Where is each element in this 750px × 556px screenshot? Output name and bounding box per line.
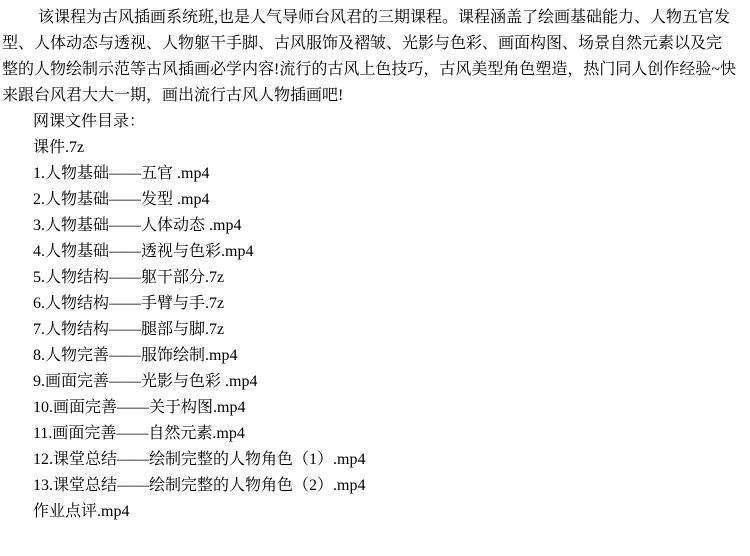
course-description-paragraph: 该课程为古风插画系统班,也是人气导师台风君的三期课程。课程涵盖了绘画基础能力、人… bbox=[0, 5, 750, 109]
file-list-item: 12.课堂总结——绘制完整的人物角色（1）.mp4 bbox=[0, 447, 750, 473]
file-list-item: 6.人物结构——手臂与手.7z bbox=[0, 291, 750, 317]
file-list-item: 9.画面完善——光影与色彩 .mp4 bbox=[0, 369, 750, 395]
paragraph-line: 整的人物绘制示范等古风插画必学内容!流行的古风上色技巧，古风美型角色塑造，热门同… bbox=[0, 57, 750, 83]
file-list-item: 10.画面完善——关于构图.mp4 bbox=[0, 395, 750, 421]
file-list-item: 课件.7z bbox=[0, 135, 750, 161]
file-directory-heading: 网课文件目录： bbox=[0, 109, 750, 135]
file-list-item: 11.画面完善——自然元素.mp4 bbox=[0, 421, 750, 447]
file-list-item: 5.人物结构——躯干部分.7z bbox=[0, 265, 750, 291]
paragraph-line: 该课程为古风插画系统班,也是人气导师台风君的三期课程。课程涵盖了绘画基础能力、人… bbox=[0, 5, 750, 31]
file-list: 课件.7z 1.人物基础——五官 .mp4 2.人物基础——发型 .mp4 3.… bbox=[0, 135, 750, 525]
file-list-item: 作业点评.mp4 bbox=[0, 499, 750, 525]
file-list-item: 2.人物基础——发型 .mp4 bbox=[0, 187, 750, 213]
file-list-item: 4.人物基础——透视与色彩.mp4 bbox=[0, 239, 750, 265]
file-list-item: 1.人物基础——五官 .mp4 bbox=[0, 161, 750, 187]
file-list-item: 8.人物完善——服饰绘制.mp4 bbox=[0, 343, 750, 369]
file-list-item: 3.人物基础——人体动态 .mp4 bbox=[0, 213, 750, 239]
file-list-item: 7.人物结构——腿部与脚.7z bbox=[0, 317, 750, 343]
paragraph-line: 来跟台风君大大一期，画出流行古风人物插画吧! bbox=[0, 83, 750, 109]
paragraph-line: 型、人体动态与透视、人物躯干手脚、古风服饰及褶皱、光影与色彩、画面构图、场景自然… bbox=[0, 31, 750, 57]
file-list-item: 13.课堂总结——绘制完整的人物角色（2）.mp4 bbox=[0, 473, 750, 499]
document-page: 该课程为古风插画系统班,也是人气导师台风君的三期课程。课程涵盖了绘画基础能力、人… bbox=[0, 0, 750, 556]
